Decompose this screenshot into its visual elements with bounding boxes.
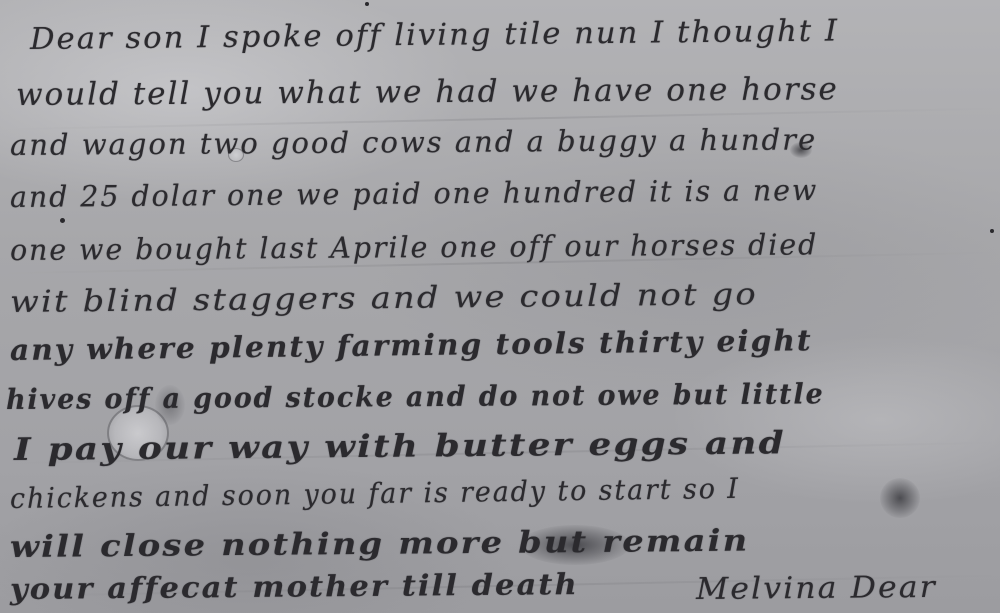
ink-dot bbox=[990, 229, 994, 233]
letter-page: Dear son I spoke off living tile nun I t… bbox=[0, 0, 1000, 613]
letter-line-4: and 25 dolar one we paid one hundred it … bbox=[10, 173, 819, 214]
letter-line-10: chickens and soon you far is ready to st… bbox=[10, 472, 740, 515]
letter-line-1: Dear son I spoke off living tile nun I t… bbox=[30, 14, 839, 57]
signature: Melvina Dear bbox=[696, 570, 937, 607]
letter-line-7: any where plenty farming tools thirty ei… bbox=[10, 323, 813, 367]
letter-line-11: will close nothing more but remain bbox=[10, 524, 750, 565]
letter-line-12: your affecat mother till death bbox=[10, 567, 579, 606]
letter-line-2: would tell you what we had we have one h… bbox=[16, 71, 839, 113]
letter-line-5: one we bought last Aprile one off our ho… bbox=[10, 227, 818, 267]
letter-line-8: hives off a good stocke and do not owe b… bbox=[6, 377, 825, 416]
letter-line-6: wit blind staggers and we could not go bbox=[10, 277, 758, 320]
ink-blot bbox=[880, 478, 920, 518]
letter-line-9: I pay our way with butter eggs and bbox=[14, 425, 786, 468]
letter-line-3: and wagon two good cows and a buggy a hu… bbox=[10, 122, 817, 162]
ink-dot bbox=[60, 218, 65, 223]
ink-dot bbox=[365, 2, 369, 6]
